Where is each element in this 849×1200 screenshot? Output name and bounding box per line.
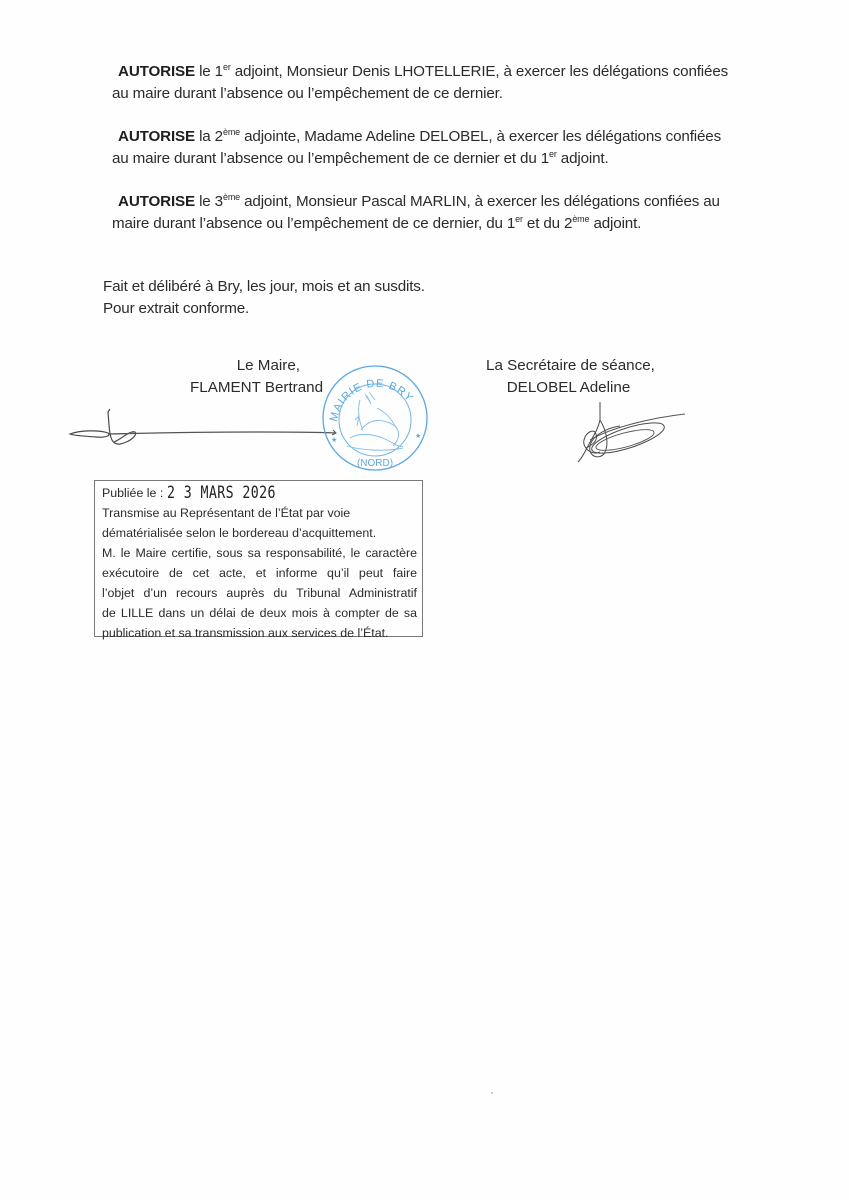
mayor-signatory: Le Maire, FLAMENT Bertrand [190, 355, 320, 399]
secretary-signatory: La Secrétaire de séance, DELOBEL Adeline [486, 355, 651, 399]
mayor-title: Le Maire, [190, 355, 320, 377]
publication-line: l’objet d’un recours auprès du Tribunal … [102, 583, 417, 603]
secretary-name: DELOBEL Adeline [486, 377, 651, 399]
paragraph-line: au maire durant l’absence ou l’empêcheme… [112, 148, 721, 170]
publication-label: Publiée le : [102, 486, 167, 500]
publication-line: dématérialisée selon le bordereau d’acqu… [102, 523, 417, 543]
publication-line: Transmise au Représentant de l’État par … [102, 503, 417, 523]
closing-line-1: Fait et délibéré à Bry, les jour, mois e… [103, 276, 425, 298]
publication-date-row: Publiée le : 2 3 MARS 2026 [102, 483, 417, 503]
document-page: AUTORISE le 1er adjoint, Monsieur Denis … [0, 0, 849, 1200]
closing-statement: Fait et délibéré à Bry, les jour, mois e… [103, 276, 425, 320]
mayor-signature [60, 400, 350, 450]
authorization-paragraph-1: AUTORISE le 1er adjoint, Monsieur Denis … [112, 61, 728, 105]
paragraph-line: maire durant l’absence ou l’empêchement … [112, 213, 720, 235]
publication-notice-box: Publiée le : 2 3 MARS 2026 Transmise au … [94, 480, 423, 637]
town-hall-stamp: MAIRIE DE BRY (NORD) ★ ★ [315, 360, 435, 472]
publication-line: M. le Maire certifie, sous sa responsabi… [102, 543, 417, 563]
publication-line: exécutoire de cet acte, et informe qu’il… [102, 563, 417, 583]
publication-line: publication et sa transmission aux servi… [102, 623, 417, 643]
closing-line-2: Pour extrait conforme. [103, 298, 425, 320]
keyword: AUTORISE [118, 63, 195, 80]
scan-artifact [491, 1092, 493, 1094]
secretary-title: La Secrétaire de séance, [486, 355, 651, 377]
svg-text:★: ★ [331, 436, 337, 444]
stamp-bottom-text: (NORD) [357, 458, 393, 469]
stamp-top-text: MAIRIE DE BRY [328, 378, 416, 423]
paragraph-line: AUTORISE le 1er adjoint, Monsieur Denis … [112, 61, 728, 83]
svg-text:★: ★ [415, 432, 421, 440]
authorization-paragraph-3: AUTORISE le 3ème adjoint, Monsieur Pasca… [112, 191, 720, 235]
paragraph-line: AUTORISE la 2ème adjointe, Madame Adelin… [112, 126, 721, 148]
publication-date-stamp: 2 3 MARS 2026 [167, 483, 276, 503]
paragraph-line: AUTORISE le 3ème adjoint, Monsieur Pasca… [112, 191, 720, 213]
keyword: AUTORISE [118, 128, 195, 145]
authorization-paragraph-2: AUTORISE la 2ème adjointe, Madame Adelin… [112, 126, 721, 170]
keyword: AUTORISE [118, 193, 195, 210]
svg-text:MAIRIE DE BRY: MAIRIE DE BRY [328, 378, 416, 423]
publication-line: de LILLE dans un délai de deux mois à co… [102, 603, 417, 623]
secretary-signature [570, 400, 690, 465]
paragraph-line: au maire durant l’absence ou l’empêcheme… [112, 83, 728, 105]
mayor-name: FLAMENT Bertrand [190, 377, 320, 399]
